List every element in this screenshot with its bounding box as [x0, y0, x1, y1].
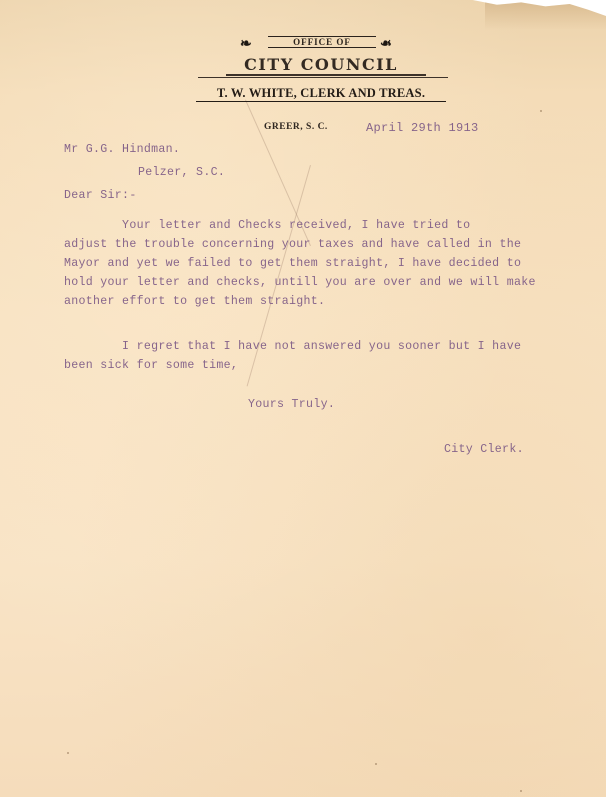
body-line: hold your letter and checks, untill you …	[64, 276, 536, 289]
body-line: adjust the trouble concerning your taxes…	[64, 238, 521, 251]
paper-speck	[375, 763, 377, 765]
closing: Yours Truly.	[248, 398, 335, 411]
body-line: Mayor and yet we failed to get them stra…	[64, 257, 521, 270]
body-line: I regret that I have not answered you so…	[64, 340, 521, 353]
letterhead-divider	[226, 74, 426, 76]
organization-title: CITY COUNCIL	[228, 55, 414, 74]
officer-name: T. W. WHITE, CLERK AND TREAS.	[196, 86, 446, 102]
paper-speck	[67, 752, 69, 754]
paper-speck	[520, 790, 522, 792]
printed-location: GREER, S. C.	[264, 122, 328, 132]
signature: City Clerk.	[444, 443, 524, 456]
paper-speck	[540, 110, 542, 112]
addressee-location: Pelzer, S.C.	[138, 166, 225, 179]
body-line: been sick for some time,	[64, 359, 238, 372]
office-of-label: OFFICE OF	[268, 36, 376, 48]
letterhead-divider	[198, 77, 448, 78]
scroll-ornament-icon: ❧	[380, 37, 392, 51]
salutation: Dear Sir:-	[64, 189, 137, 202]
addressee-name: Mr G.G. Hindman.	[64, 143, 180, 156]
body-line: Your letter and Checks received, I have …	[64, 219, 470, 232]
body-line: another effort to get them straight.	[64, 295, 325, 308]
scroll-ornament-icon: ❧	[240, 37, 252, 51]
letter-date: April 29th 1913	[366, 121, 479, 135]
